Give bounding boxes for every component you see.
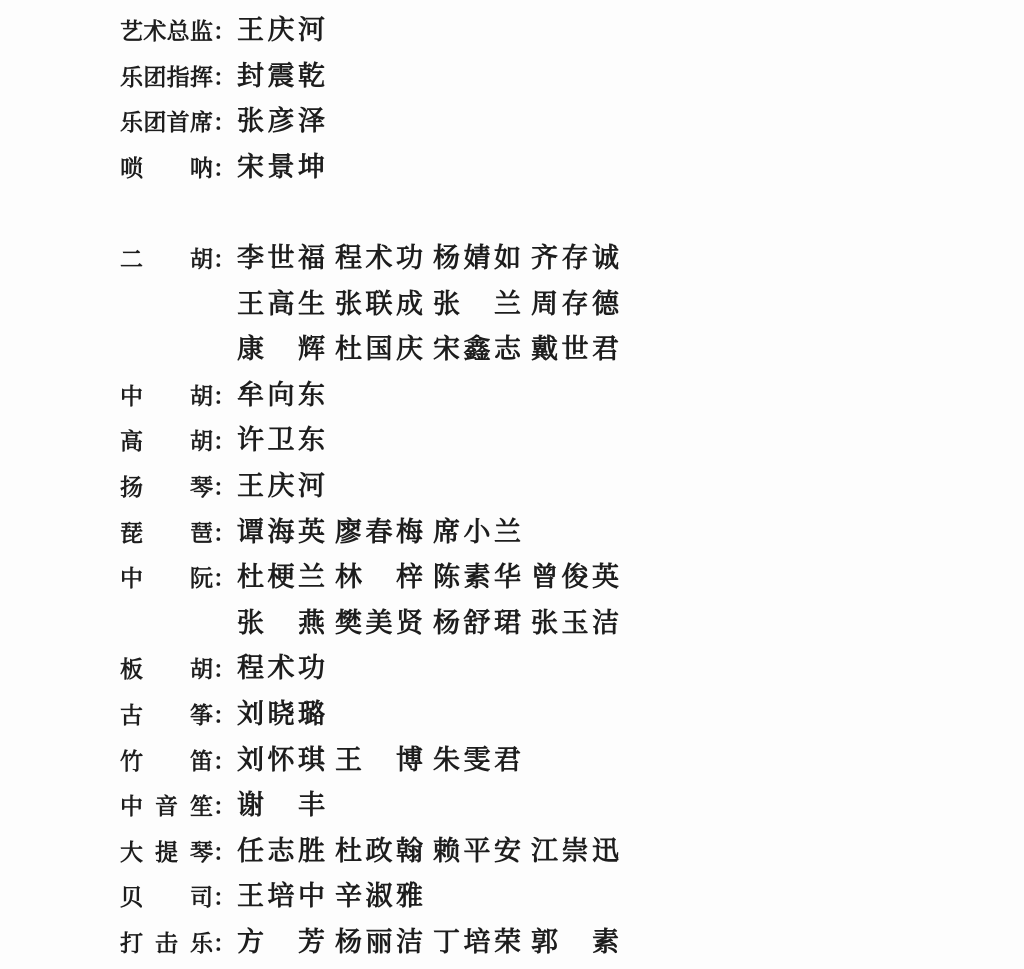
instrument-label: 贝司	[120, 875, 213, 921]
member-name: 辛淑雅	[335, 874, 423, 920]
instrument-label: 古筝	[120, 693, 213, 739]
member-name: 方芳	[237, 920, 325, 966]
label-colon: ：	[213, 374, 237, 420]
member-name: 朱雯君	[433, 738, 521, 784]
member-names: 王庆河	[237, 464, 325, 510]
member-name: 赖平安	[433, 829, 521, 875]
member-names: 封震乾	[237, 54, 325, 100]
member-name: 谭海英	[237, 510, 325, 556]
credit-row: 竹笛 ： 刘怀琪王博朱雯君	[120, 738, 1024, 784]
instrument-label: 扬琴	[120, 465, 213, 511]
member-names: 王高生张联成张兰周存德	[237, 282, 619, 328]
member-names: 任志胜杜政翰赖平安江崇迅	[237, 829, 619, 875]
credit-row: 扬琴 ： 王庆河	[120, 464, 1024, 510]
member-name: 宋景坤	[237, 145, 325, 191]
instrument-label: 竹笛	[120, 739, 213, 785]
label-colon: ：	[213, 784, 237, 830]
member-names: 宋景坤	[237, 145, 325, 191]
credit-row-continuation: 王高生张联成张兰周存德	[120, 282, 1024, 328]
instrument-label: 乐团首席	[120, 100, 213, 146]
credit-row: 大提琴 ： 任志胜杜政翰赖平安江崇迅	[120, 829, 1024, 875]
instrument-label: 唢呐	[120, 146, 213, 192]
member-name: 任志胜	[237, 829, 325, 875]
credit-row: 高胡 ： 许卫东	[120, 418, 1024, 464]
member-names: 许卫东	[237, 418, 325, 464]
member-name: 许卫东	[237, 418, 325, 464]
member-name: 张兰	[433, 282, 521, 328]
member-names: 杜梗兰林梓陈素华曾俊英	[237, 555, 619, 601]
member-names: 李世福程术功杨婧如齐存诚	[237, 236, 619, 282]
credit-row: 打击乐 ： 方芳杨丽洁丁培荣郭素	[120, 920, 1024, 966]
member-name: 杜梗兰	[237, 555, 325, 601]
credit-row: 乐团首席 ： 张彦泽	[120, 99, 1024, 145]
section-spacer	[120, 190, 1024, 236]
label-colon: ：	[213, 465, 237, 511]
credit-row: 中胡 ： 牟向东	[120, 373, 1024, 419]
member-name: 郭素	[531, 920, 619, 966]
label-colon: ：	[213, 9, 237, 55]
credit-row: 中阮 ： 杜梗兰林梓陈素华曾俊英	[120, 555, 1024, 601]
label-colon: ：	[213, 875, 237, 921]
instrument-label: 高胡	[120, 419, 213, 465]
instrument-label: 大提琴	[120, 830, 213, 876]
member-name: 曾俊英	[531, 555, 619, 601]
member-names: 程术功	[237, 646, 325, 692]
credit-row: 中音笙 ： 谢丰	[120, 783, 1024, 829]
member-name: 戴世君	[531, 327, 619, 373]
member-name: 李世福	[237, 236, 325, 282]
member-name: 周存德	[531, 282, 619, 328]
member-name: 程术功	[335, 236, 423, 282]
credit-row: 板胡 ： 程术功	[120, 646, 1024, 692]
credits-list: 艺术总监 ： 王庆河 乐团指挥 ： 封震乾 乐团首席 ： 张彦泽 唢呐 ： 宋景…	[120, 8, 1024, 965]
member-names: 牟向东	[237, 373, 325, 419]
member-name: 齐存诚	[531, 236, 619, 282]
member-names: 张彦泽	[237, 99, 325, 145]
member-name: 廖春梅	[335, 510, 423, 556]
label-colon: ：	[213, 556, 237, 602]
credit-row-continuation: 张燕樊美贤杨舒珺张玉洁	[120, 601, 1024, 647]
member-names: 张燕樊美贤杨舒珺张玉洁	[237, 601, 619, 647]
instrument-label: 琵琶	[120, 511, 213, 557]
credit-row: 二胡 ： 李世福程术功杨婧如齐存诚	[120, 236, 1024, 282]
credit-row: 唢呐 ： 宋景坤	[120, 145, 1024, 191]
member-names: 康辉杜国庆宋鑫志戴世君	[237, 327, 619, 373]
member-name: 王庆河	[237, 8, 325, 54]
member-name: 杨舒珺	[433, 601, 521, 647]
label-colon: ：	[213, 921, 237, 967]
credit-row: 琵琶 ： 谭海英廖春梅席小兰	[120, 510, 1024, 556]
member-names: 王培中辛淑雅	[237, 874, 423, 920]
member-name: 张联成	[335, 282, 423, 328]
member-name: 樊美贤	[335, 601, 423, 647]
credit-row: 乐团指挥 ： 封震乾	[120, 54, 1024, 100]
instrument-label: 艺术总监	[120, 9, 213, 55]
member-name: 封震乾	[237, 54, 325, 100]
member-name: 张彦泽	[237, 99, 325, 145]
member-name: 王高生	[237, 282, 325, 328]
label-colon: ：	[213, 237, 237, 283]
member-name: 王庆河	[237, 464, 325, 510]
member-name: 丁培荣	[433, 920, 521, 966]
label-colon: ：	[213, 419, 237, 465]
member-name: 谢丰	[237, 783, 325, 829]
member-name: 林梓	[335, 555, 423, 601]
label-colon: ：	[213, 830, 237, 876]
member-names: 谢丰	[237, 783, 325, 829]
member-name: 刘晓璐	[237, 692, 325, 738]
credit-row-continuation: 康辉杜国庆宋鑫志戴世君	[120, 327, 1024, 373]
instrument-label: 二胡	[120, 237, 213, 283]
member-name: 王博	[335, 738, 423, 784]
label-colon: ：	[213, 693, 237, 739]
label-colon: ：	[213, 100, 237, 146]
member-name: 程术功	[237, 646, 325, 692]
instrument-label: 打击乐	[120, 921, 213, 967]
member-name: 王培中	[237, 874, 325, 920]
member-name: 刘怀琪	[237, 738, 325, 784]
instrument-label: 中音笙	[120, 784, 213, 830]
credits-page: 艺术总监 ： 王庆河 乐团指挥 ： 封震乾 乐团首席 ： 张彦泽 唢呐 ： 宋景…	[0, 0, 1024, 969]
member-name: 杨丽洁	[335, 920, 423, 966]
instrument-label: 乐团指挥	[120, 55, 213, 101]
label-colon: ：	[213, 739, 237, 785]
member-names: 王庆河	[237, 8, 325, 54]
instrument-label: 板胡	[120, 647, 213, 693]
member-names: 刘晓璐	[237, 692, 325, 738]
member-name: 宋鑫志	[433, 327, 521, 373]
member-names: 刘怀琪王博朱雯君	[237, 738, 521, 784]
label-colon: ：	[213, 511, 237, 557]
member-names: 谭海英廖春梅席小兰	[237, 510, 521, 556]
member-names: 方芳杨丽洁丁培荣郭素	[237, 920, 619, 966]
member-name: 康辉	[237, 327, 325, 373]
instrument-label: 中阮	[120, 556, 213, 602]
credit-row: 古筝 ： 刘晓璐	[120, 692, 1024, 738]
member-name: 杜国庆	[335, 327, 423, 373]
member-name: 牟向东	[237, 373, 325, 419]
member-name: 江崇迅	[531, 829, 619, 875]
instrument-label: 中胡	[120, 374, 213, 420]
member-name: 席小兰	[433, 510, 521, 556]
credit-row: 贝司 ： 王培中辛淑雅	[120, 874, 1024, 920]
label-colon: ：	[213, 647, 237, 693]
label-colon: ：	[213, 55, 237, 101]
member-name: 杜政翰	[335, 829, 423, 875]
member-name: 张燕	[237, 601, 325, 647]
credit-row: 艺术总监 ： 王庆河	[120, 8, 1024, 54]
member-name: 杨婧如	[433, 236, 521, 282]
member-name: 张玉洁	[531, 601, 619, 647]
label-colon: ：	[213, 146, 237, 192]
member-name: 陈素华	[433, 555, 521, 601]
